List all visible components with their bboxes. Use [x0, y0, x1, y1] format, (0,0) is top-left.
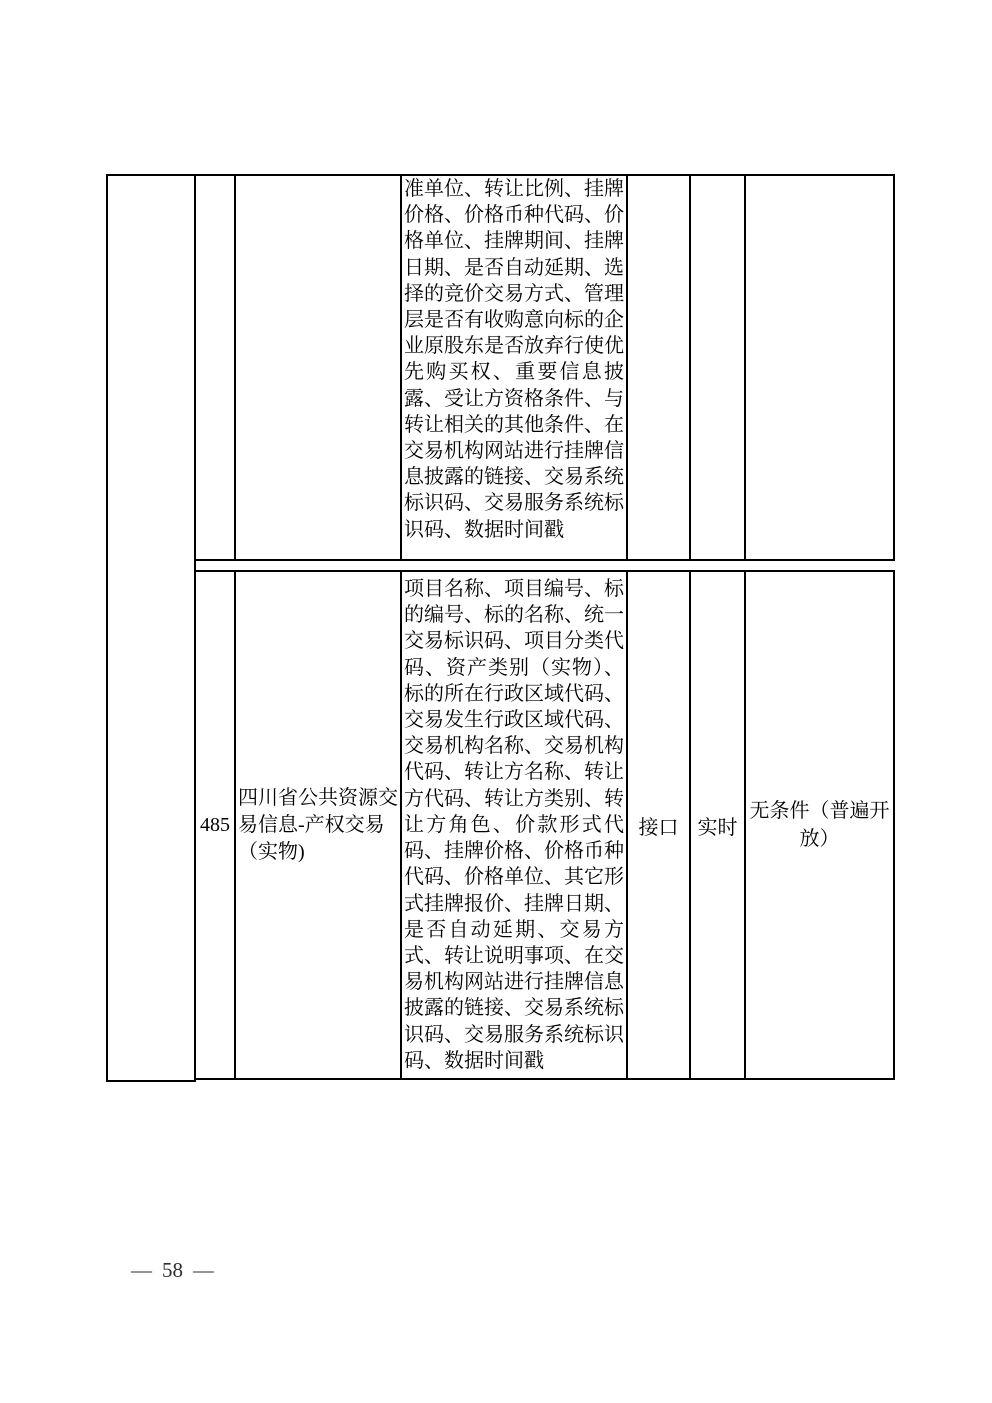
table-row-485: 485 四川省公共资源交易信息-产权交易（实物) 项目名称、项目编号、标的编号、… [194, 570, 895, 1080]
cell-data-items: 准单位、转让比例、挂牌价格、价格币种代码、价格单位、挂牌期间、挂牌日期、是否自动… [401, 175, 627, 560]
cell-resource-name: 四川省公共资源交易信息-产权交易（实物) [235, 571, 401, 1079]
table-row: 准单位、转让比例、挂牌价格、价格币种代码、价格单位、挂牌期间、挂牌日期、是否自动… [195, 175, 894, 560]
category-cell-merged [106, 174, 196, 1082]
cell-share-mode [627, 175, 690, 560]
table-row-continued: 准单位、转让比例、挂牌价格、价格币种代码、价格单位、挂牌期间、挂牌日期、是否自动… [194, 174, 895, 561]
document-page: 准单位、转让比例、挂牌价格、价格币种代码、价格单位、挂牌期间、挂牌日期、是否自动… [0, 0, 992, 1403]
cell-serial-number: 485 [195, 571, 235, 1079]
footer-left-dash: — [131, 1258, 152, 1282]
page-number-footer: —58— [131, 1258, 214, 1283]
footer-right-dash: — [193, 1258, 214, 1282]
cell-update-frequency: 实时 [690, 571, 745, 1079]
cell-share-mode: 接口 [627, 571, 690, 1079]
page-number: 58 [162, 1258, 183, 1283]
cell-data-items: 项目名称、项目编号、标的编号、标的名称、统一交易标识码、项目分类代码、资产类别（… [401, 571, 627, 1079]
cell-serial-number [195, 175, 235, 560]
cell-update-frequency [690, 175, 745, 560]
cell-resource-name [235, 175, 401, 560]
catalog-table: 准单位、转让比例、挂牌价格、价格币种代码、价格单位、挂牌期间、挂牌日期、是否自动… [106, 174, 896, 1082]
cell-open-condition [745, 175, 894, 560]
table-row: 485 四川省公共资源交易信息-产权交易（实物) 项目名称、项目编号、标的编号、… [195, 571, 894, 1079]
cell-open-condition: 无条件（普遍开放） [745, 571, 894, 1079]
